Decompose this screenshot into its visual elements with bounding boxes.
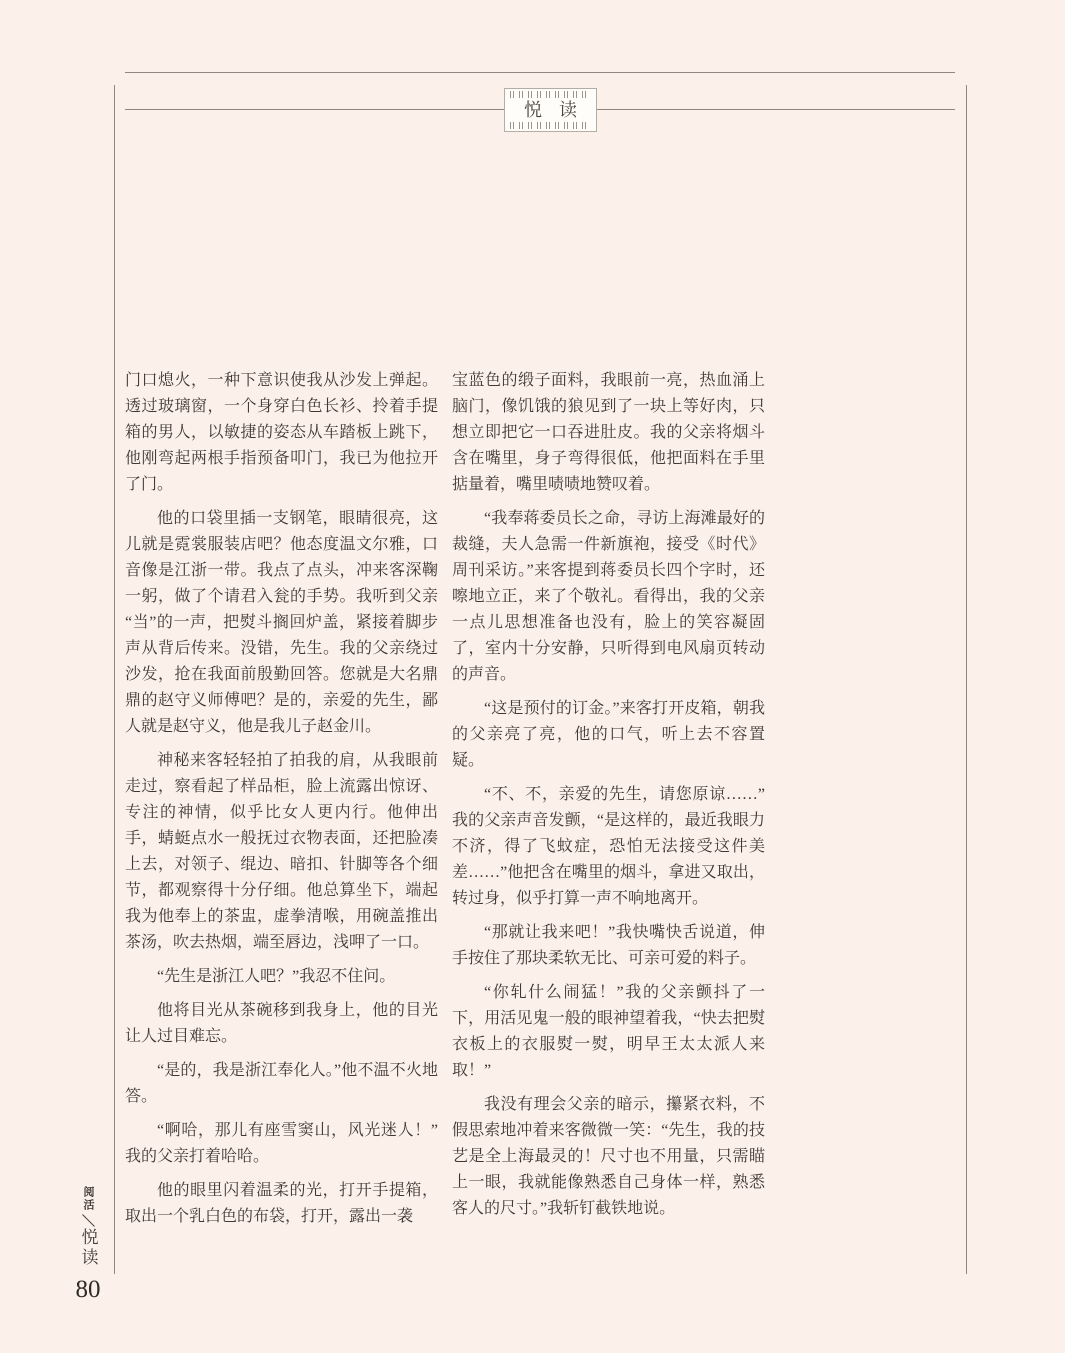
- section-label: 悦读: [505, 101, 596, 119]
- margin-sidebar: 阅活 悦读 80: [66, 1186, 110, 1302]
- paragraph: “我奉蒋委员长之命，寻访上海滩最好的裁缝，夫人急需一件新旗袍，接受《时代》周刊采…: [452, 506, 765, 688]
- paragraph: 神秘来客轻轻拍了拍我的肩，从我眼前走过，察看起了样品柜，脸上流露出惊讶、专注的神…: [125, 748, 438, 956]
- magazine-page: 悦读 门口熄火，一种下意识使我从沙发上弹起。透过玻璃窗，一个身穿白色长衫、拎着手…: [0, 0, 1065, 1353]
- paragraph: 他的口袋里插一支钢笔，眼睛很亮，这儿就是霓裳服装店吧？他态度温文尔雅，口音像是江…: [125, 506, 438, 740]
- paragraph: “那就让我来吧！”我快嘴快舌说道，伸手按住了那块柔软无比、可亲可爱的料子。: [452, 920, 765, 972]
- paragraph: “你轧什么闹猛！”我的父亲颤抖了一下，用活见鬼一般的眼神望着我，“快去把熨衣板上…: [452, 980, 765, 1084]
- right-frame-rule: [966, 85, 967, 1274]
- article-body: 门口熄火，一种下意识使我从沙发上弹起。透过玻璃窗，一个身穿白色长衫、拎着手提箱的…: [125, 368, 765, 1230]
- sidebar-tag-bold: 阅活: [80, 1186, 96, 1212]
- column-left: 门口熄火，一种下意识使我从沙发上弹起。透过玻璃窗，一个身穿白色长衫、拎着手提箱的…: [125, 368, 438, 1230]
- paragraph: “这是预付的订金。”来客打开皮箱，朝我的父亲亮了亮，他的口气，听上去不容置疑。: [452, 696, 765, 774]
- section-label-box: 悦读: [504, 88, 597, 132]
- paragraph: 门口熄火，一种下意识使我从沙发上弹起。透过玻璃窗，一个身穿白色长衫、拎着手提箱的…: [125, 368, 438, 498]
- sidebar-slash-decoration: [82, 1214, 95, 1227]
- paragraph: “是的，我是浙江奉化人。”他不温不火地答。: [125, 1058, 438, 1110]
- sidebar-tag-main: 悦读: [76, 1228, 101, 1268]
- paragraph: “先生是浙江人吧？”我忍不住问。: [125, 964, 438, 990]
- paragraph: 宝蓝色的缎子面料，我眼前一亮，热血涌上脑门，像饥饿的狼见到了一块上等好肉，只想立…: [452, 368, 765, 498]
- paragraph: “不、不，亲爱的先生，请您原谅……”我的父亲声音发颤，“是这样的，最近我眼力不济…: [452, 782, 765, 912]
- paragraph: 他将目光从茶碗移到我身上，他的目光让人过目难忘。: [125, 998, 438, 1050]
- column-right: 宝蓝色的缎子面料，我眼前一亮，热血涌上脑门，像饥饿的狼见到了一块上等好肉，只想立…: [452, 368, 765, 1230]
- header-rule-top: [125, 72, 955, 73]
- page-number: 80: [76, 1277, 101, 1302]
- left-frame-rule: [114, 85, 115, 1274]
- label-ticks-bottom-decoration: [510, 122, 591, 129]
- label-ticks-top-decoration: [510, 91, 591, 98]
- paragraph: 我没有理会父亲的暗示，攥紧衣料，不假思索地冲着来客微微一笑：“先生，我的技艺是全…: [452, 1092, 765, 1222]
- paragraph: “啊哈，那儿有座雪窦山，风光迷人！”我的父亲打着哈哈。: [125, 1118, 438, 1170]
- paragraph: 他的眼里闪着温柔的光，打开手提箱，取出一个乳白色的布袋，打开，露出一袭: [125, 1178, 438, 1230]
